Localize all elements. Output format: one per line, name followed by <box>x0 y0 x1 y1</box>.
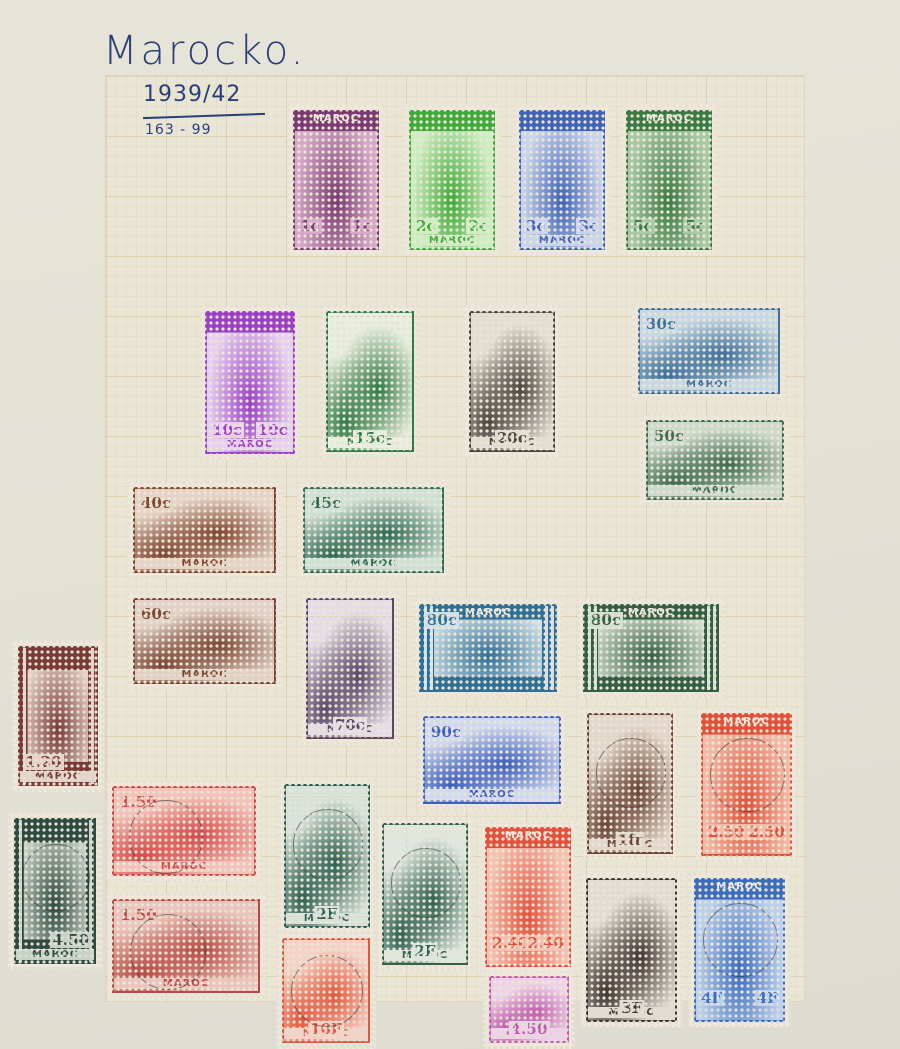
stamp-vallee-du-draa: MAROC1.20 <box>12 640 104 792</box>
face-value: 30c <box>644 316 678 333</box>
face-value: 4F <box>699 990 724 1007</box>
face-value: 2F <box>412 943 437 960</box>
stamp-design: MAROC3F <box>586 878 677 1022</box>
face-value: 2c <box>466 218 490 235</box>
country-label: MAROC <box>411 235 493 246</box>
country-label: MAROC <box>114 861 254 872</box>
face-value: 80c <box>425 612 459 629</box>
country-label: MAROC <box>640 379 778 390</box>
stamp-design: MAROC5c5c <box>626 110 712 250</box>
face-value: 1.50 <box>118 907 159 924</box>
stamp-design: MAROC1.50 <box>112 786 256 876</box>
face-value: 3c <box>576 218 600 235</box>
country-label: MAROC <box>114 978 258 989</box>
face-value: 5c <box>683 218 707 235</box>
face-value: 2.40 <box>525 935 566 952</box>
stamp-cedar-forest: MAROC20c <box>463 305 561 458</box>
stamp-sefrou: MAROC2c2c <box>403 104 501 256</box>
stamp-mosque-street: MAROC2.502.50 <box>695 707 798 862</box>
country-label: MAROC <box>648 485 782 496</box>
face-value: 1.20 <box>23 754 64 771</box>
country-label: MAROC <box>135 558 274 569</box>
stamp-rabat-cannon: MAROC60c <box>127 592 282 690</box>
face-value: 2F <box>314 906 339 923</box>
stamp-design: MAROC10c10c <box>205 311 295 454</box>
stamp-design: MAROC70c <box>306 598 394 739</box>
face-value: 45c <box>309 495 343 512</box>
stamp-gazelles: MAROC4.50 <box>483 970 575 1049</box>
stamp-design: MAROC4.50 <box>489 976 569 1043</box>
face-value: 80c <box>589 612 623 629</box>
face-value: 3F <box>619 1000 644 1017</box>
stamp-design: MAROC15c <box>326 311 414 452</box>
year-range: 1939/42 <box>143 82 241 107</box>
country-label: MAROC <box>16 949 94 960</box>
face-value: 5c <box>631 218 655 235</box>
stamp-vallee-du-draa: MAROC80c <box>577 598 725 698</box>
stamp-cedar-forest: MAROC1fr <box>581 707 679 860</box>
face-value: 10c <box>256 422 290 439</box>
face-value: 4.50 <box>50 932 91 949</box>
face-value: 50c <box>652 428 686 445</box>
stamp-rabat-cannon: MAROC50c <box>640 414 790 506</box>
stamp-gazelles: MAROC10F <box>276 932 376 1049</box>
face-value: 2c <box>414 218 438 235</box>
face-value: 10F <box>308 1021 344 1038</box>
face-value: 1c <box>350 218 374 235</box>
country-label: MAROC <box>295 113 377 124</box>
stamp-design: MAROC1.50 <box>112 899 260 993</box>
face-value: 1.50 <box>118 794 159 811</box>
stamp-design: MAROC90c <box>423 716 561 804</box>
stamp-design: MAROC10F <box>282 938 370 1043</box>
stamp-mosque-street: MAROC1c1c <box>287 104 385 256</box>
stamp-design: MAROC1.20 <box>18 646 98 786</box>
face-value: 20c <box>495 430 529 447</box>
stamp-vallee-du-draa: MAROC80c <box>413 598 563 698</box>
stamp-design: MAROC1fr <box>587 713 673 854</box>
face-value: 1c <box>298 218 322 235</box>
face-value: 4F <box>755 990 780 1007</box>
stamp-design: MAROC80c <box>419 604 557 692</box>
stamp-design: MAROC60c <box>133 598 276 684</box>
face-value: 3c <box>524 218 548 235</box>
stamp-gazelles: MAROC70c <box>300 592 400 745</box>
country-label: MAROC <box>207 439 293 450</box>
stamp-design: MAROC2.402.40 <box>485 827 571 967</box>
face-value: 4.50 <box>509 1021 550 1038</box>
country-label: MAROC <box>20 771 96 782</box>
country-label: MAROC <box>521 235 603 246</box>
stamp-rabat-cannon: MAROC1.50 <box>106 780 262 882</box>
stamp-mosque-street: MAROC5c5c <box>620 104 718 256</box>
stamp-design: MAROC4F4F <box>694 878 785 1022</box>
face-value: 70c <box>333 717 367 734</box>
stamp-cedar-forest: MAROC15c <box>320 305 420 458</box>
catalog-range: 163 - 99 <box>145 122 212 138</box>
stamp-design: MAROC40c <box>133 487 276 573</box>
stamp-sefrou: MAROC3c3c <box>513 104 611 256</box>
country-label: MAROC <box>628 113 710 124</box>
stamp-design: MAROC4.50 <box>14 818 96 964</box>
stamp-mosque-street: MAROC2.402.40 <box>479 821 577 973</box>
stamp-sefrou: MAROC10c10c <box>199 305 301 460</box>
stamp-design: MAROC30c <box>638 308 780 394</box>
stamp-design: MAROC20c <box>469 311 555 452</box>
face-value: 10c <box>210 422 244 439</box>
country-label: MAROC <box>487 830 569 841</box>
country-label: MAROC <box>696 881 783 892</box>
stamp-shepherd: MAROC40c <box>127 481 282 579</box>
face-value: 90c <box>429 724 463 741</box>
stamp-fez-view: MAROC3F <box>580 872 683 1028</box>
country-label: MAROC <box>135 669 274 680</box>
face-value: 2.40 <box>490 935 531 952</box>
stamp-design: MAROC2F <box>382 823 468 965</box>
stamp-shepherd: MAROC45c <box>297 481 450 579</box>
stamp-fez-view: MAROC2F <box>376 817 474 971</box>
face-value: 40c <box>139 495 173 512</box>
stamp-rabat-cannon: MAROC1.50 <box>106 893 266 999</box>
face-value: 2.50 <box>746 824 787 841</box>
stamp-design: MAROC2.502.50 <box>701 713 792 856</box>
stamp-design: MAROC80c <box>583 604 719 692</box>
country-label: MAROC <box>425 789 559 800</box>
stamp-rabat-cannon: MAROC90c <box>417 710 567 810</box>
page-title: Marocko. <box>103 28 306 74</box>
stamp-mosque-street: MAROC4F4F <box>688 872 791 1028</box>
country-label: MAROC <box>305 558 442 569</box>
face-value: 15c <box>353 430 387 447</box>
stamp-design: MAROC1c1c <box>293 110 379 250</box>
stamp-design: MAROC45c <box>303 487 444 573</box>
stamp-design: MAROC2c2c <box>409 110 495 250</box>
stamp-shepherd: MAROC30c <box>632 302 786 400</box>
stamp-design: MAROC3c3c <box>519 110 605 250</box>
stamp-fez-view: MAROC2F <box>278 778 376 934</box>
stamp-design: MAROC2F <box>284 784 370 928</box>
face-value: 1fr <box>616 832 645 849</box>
country-label: MAROC <box>703 716 790 727</box>
stamp-design: MAROC50c <box>646 420 784 500</box>
face-value: 60c <box>139 606 173 623</box>
face-value: 2.50 <box>706 824 747 841</box>
stamp-vallee-du-draa: MAROC4.50 <box>8 812 102 970</box>
